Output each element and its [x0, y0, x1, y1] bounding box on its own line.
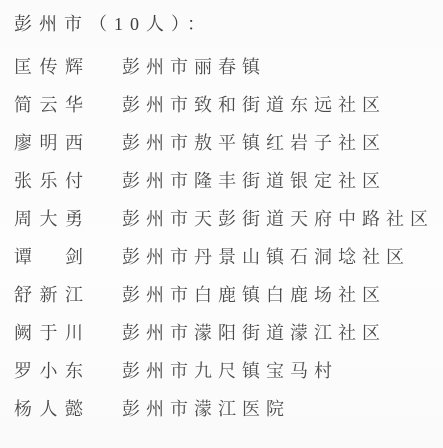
- section-title: 彭州市（10人）：: [14, 9, 443, 47]
- person-name: 张乐付: [14, 167, 122, 193]
- table-row: 舒新江彭州市白鹿镇白鹿场社区: [14, 275, 443, 313]
- table-row: 周大勇彭州市天彭街道天府中路社区: [14, 199, 443, 237]
- table-row: 杨人懿彭州市濛江医院: [14, 389, 443, 427]
- table-row: 罗小东彭州市九尺镇宝马村: [14, 351, 443, 389]
- person-name: 阙于川: [14, 319, 122, 345]
- person-name: 谭 剑: [14, 243, 122, 269]
- table-row: 简云华彭州市致和街道东远社区: [14, 85, 443, 123]
- person-name: 廖明西: [14, 129, 122, 155]
- document-page: 彭州市（10人）： 匡传辉彭州市丽春镇简云华彭州市致和街道东远社区廖明西彭州市敖…: [0, 0, 443, 448]
- person-name: 舒新江: [14, 281, 122, 307]
- table-row: 谭 剑彭州市丹景山镇石洞埝社区: [14, 237, 443, 275]
- person-name: 周大勇: [14, 205, 122, 231]
- person-location: 彭州市濛江医院: [122, 395, 290, 421]
- person-name: 简云华: [14, 91, 122, 117]
- person-name: 匡传辉: [14, 53, 122, 79]
- person-location: 彭州市致和街道东远社区: [122, 91, 386, 117]
- person-location: 彭州市丹景山镇石洞埝社区: [122, 243, 410, 269]
- table-row: 廖明西彭州市敖平镇红岩子社区: [14, 123, 443, 161]
- table-row: 张乐付彭州市隆丰街道银定社区: [14, 161, 443, 199]
- table-row: 匡传辉彭州市丽春镇: [14, 47, 443, 85]
- person-location: 彭州市白鹿镇白鹿场社区: [122, 281, 386, 307]
- table-row: 阙于川彭州市濛阳街道濛江社区: [14, 313, 443, 351]
- person-name: 罗小东: [14, 357, 122, 383]
- roster-list: 匡传辉彭州市丽春镇简云华彭州市致和街道东远社区廖明西彭州市敖平镇红岩子社区张乐付…: [14, 47, 443, 427]
- person-location: 彭州市丽春镇: [122, 53, 266, 79]
- person-location: 彭州市隆丰街道银定社区: [122, 167, 386, 193]
- person-location: 彭州市天彭街道天府中路社区: [122, 205, 434, 231]
- person-location: 彭州市九尺镇宝马村: [122, 357, 338, 383]
- person-name: 杨人懿: [14, 395, 122, 421]
- person-location: 彭州市敖平镇红岩子社区: [122, 129, 386, 155]
- person-location: 彭州市濛阳街道濛江社区: [122, 319, 386, 345]
